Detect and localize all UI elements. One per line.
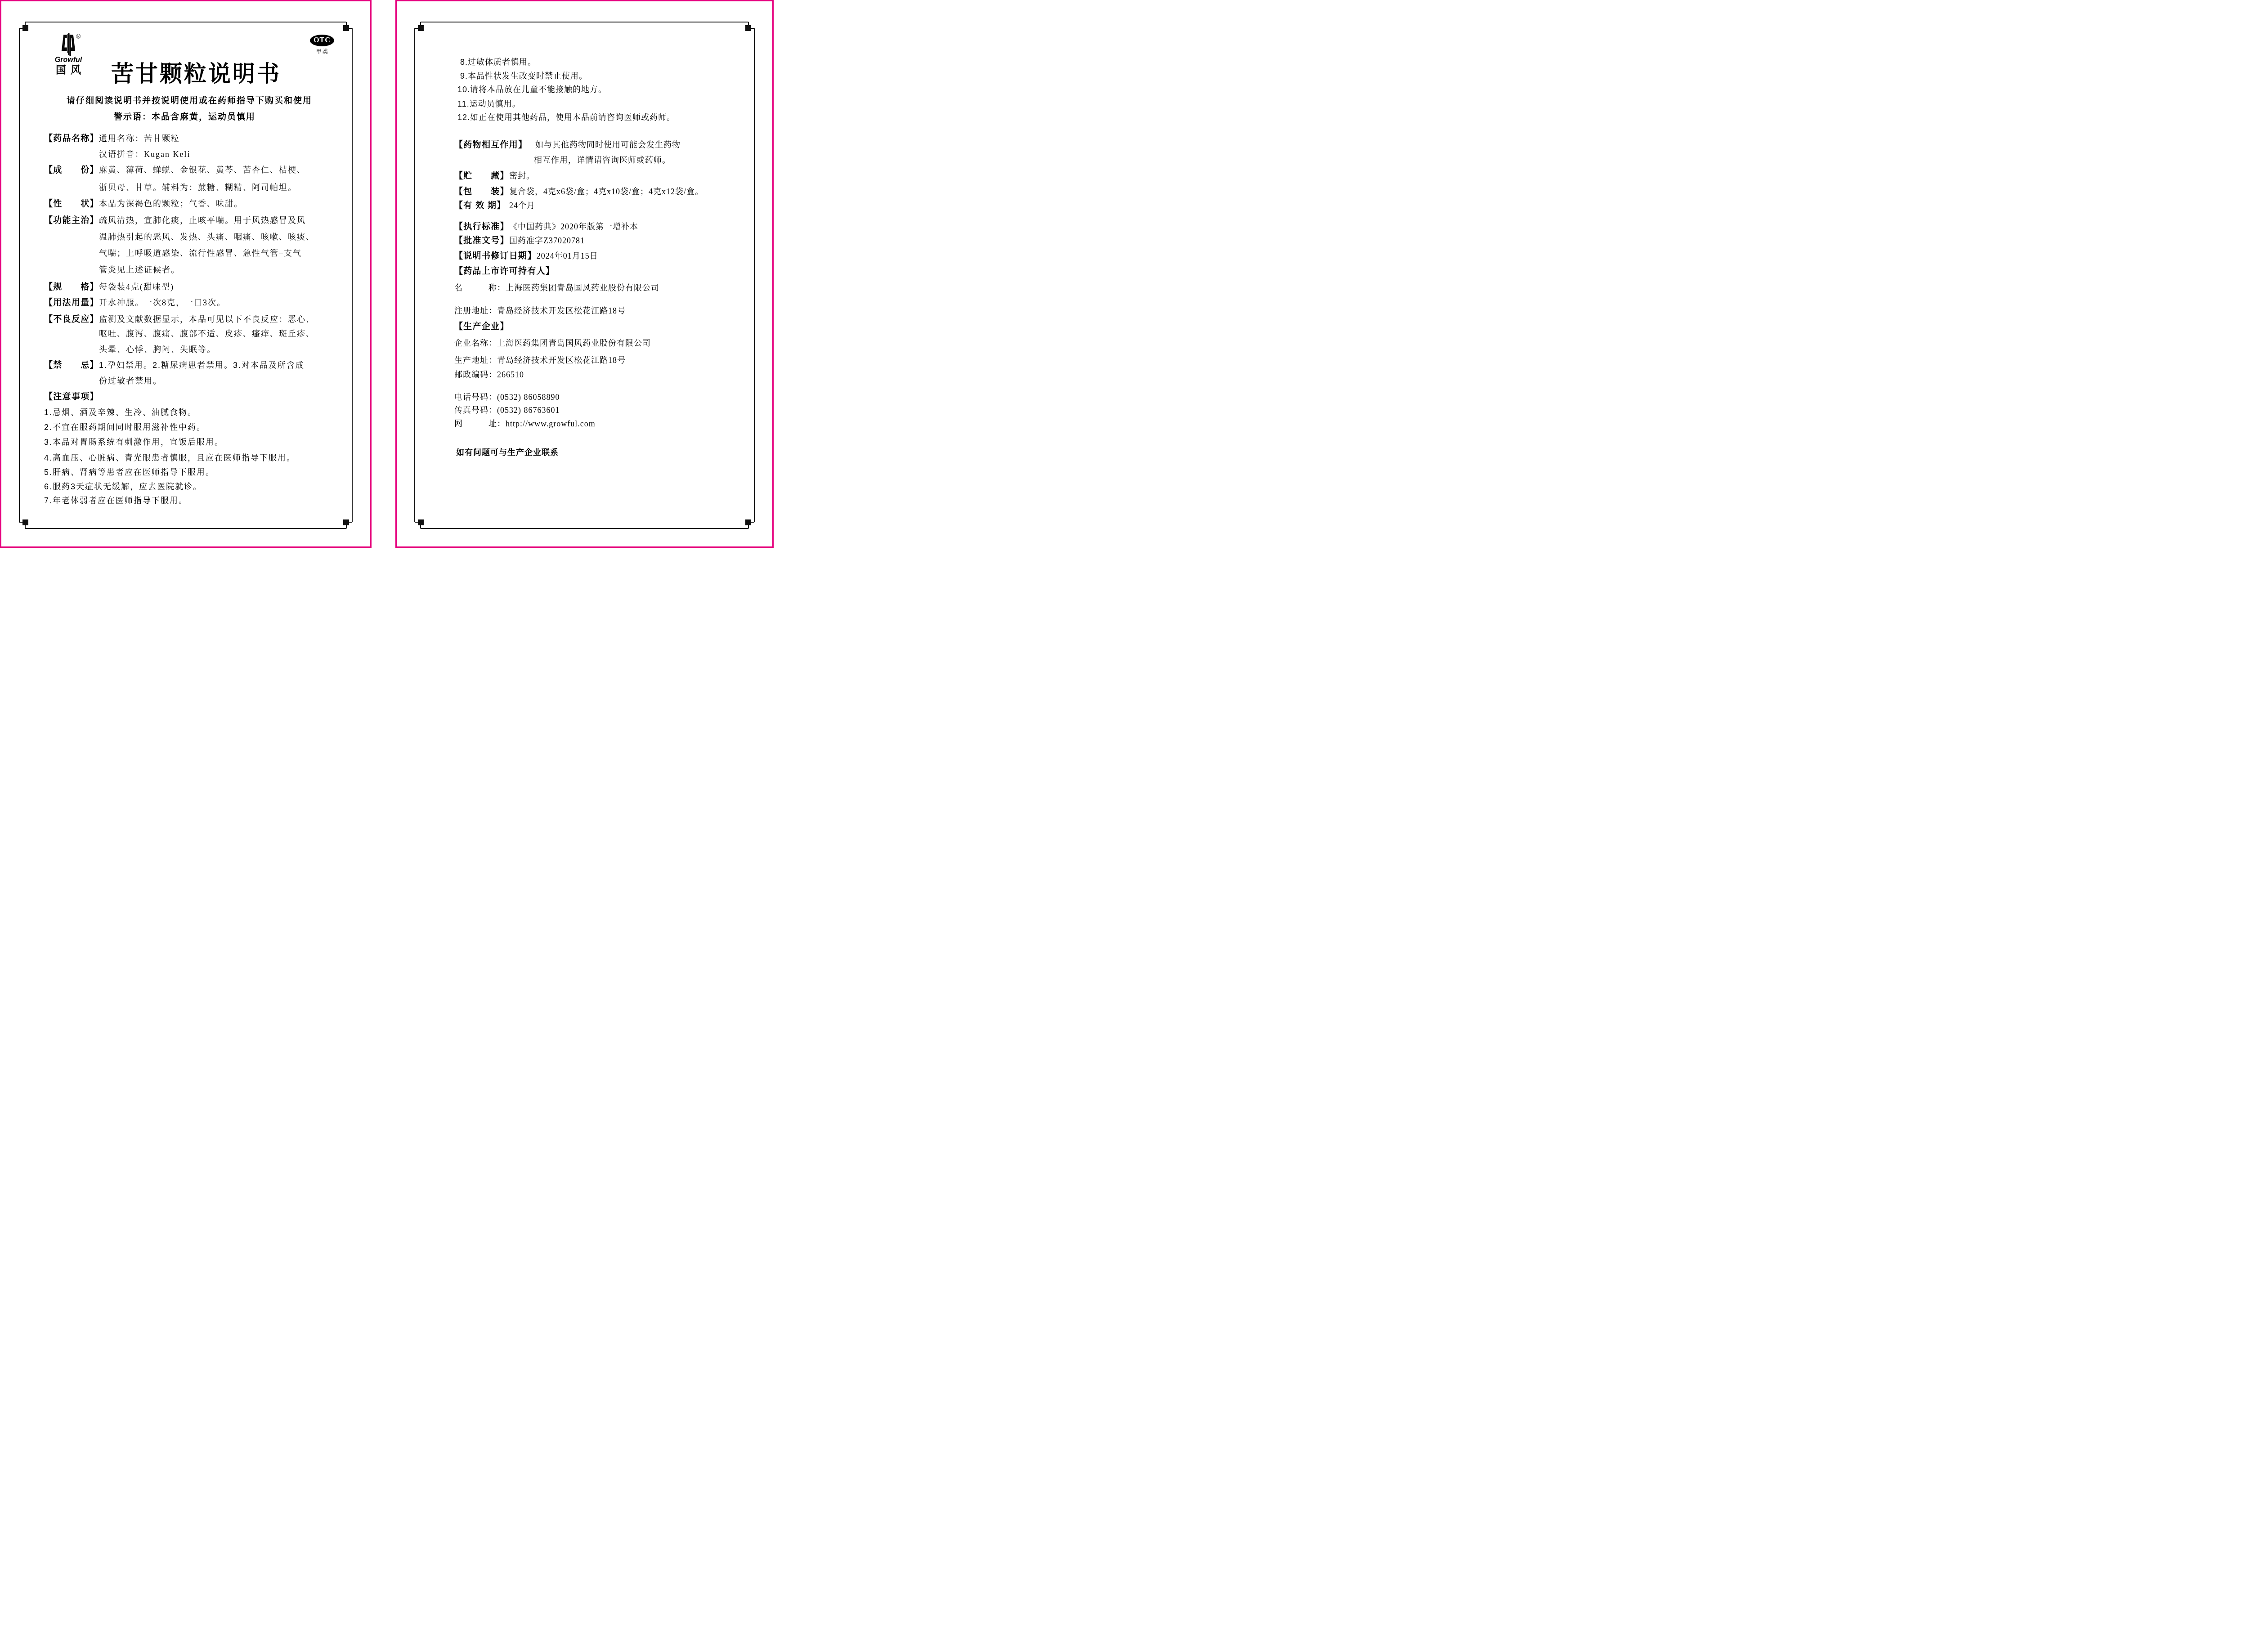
section-line: 【功能主治】疏风清热，宣肺化痰，止咳平喘。用于风热感冒及风 — [44, 215, 306, 227]
text-line: 电话号码：(0532) 86058890 — [454, 391, 560, 403]
section-line: 【说明书修订日期】2024年01月15日 — [454, 250, 598, 262]
growful-logo: ® Growful 国风 — [48, 33, 89, 80]
section-label: 【用法用量】 — [44, 297, 99, 309]
line-text: 注册地址：青岛经济技术开发区松花江路18号 — [454, 306, 626, 315]
text-line: 12.如正在使用其他药品，使用本品前请咨询医师或药师。 — [457, 112, 675, 123]
otc-class-label: 甲类 — [310, 48, 335, 55]
line-text: 10.请将本品放在儿童不能接触的地方。 — [457, 85, 607, 94]
otc-badge: OTC 甲类 — [310, 35, 335, 55]
text-line: 份过敏者禁用。 — [99, 375, 162, 387]
section-label: 【性 状】 — [44, 198, 99, 210]
otc-ellipse-icon: OTC — [310, 35, 334, 46]
line-text: 4.高血压、心脏病、青光眼患者慎服，且应在医师指导下服用。 — [44, 453, 296, 462]
line-text: 浙贝母、甘草。辅料为：蔗糖、糊精、阿司帕坦。 — [99, 183, 297, 192]
text-line: 5.肝病、肾病等患者应在医师指导下服用。 — [44, 466, 215, 478]
line-text: 2.不宜在服药期间同时服用滋补性中药。 — [44, 423, 206, 432]
line-text: 通用名称：苦甘颗粒 — [99, 134, 180, 143]
text-line: 头晕、心悸、胸闷、失眠等。 — [99, 344, 216, 355]
text-line: 网 址：http://www.growful.com — [454, 418, 596, 430]
section-label: 【注意事项】 — [44, 391, 99, 403]
section-line: 【执行标准】《中国药典》2020年版第一增补本 — [454, 221, 638, 233]
text-line: 名 称：上海医药集团青岛国风药业股份有限公司 — [454, 282, 659, 294]
leaflet-page: ® Growful 国风 苦甘颗粒说明书 请仔细阅读说明书并按说明使用或在药师指… — [0, 0, 774, 551]
line-text: 邮政编码：266510 — [454, 370, 524, 379]
text-line: 温肺热引起的恶风、发热、头痛、咽痛、咳嗽、咳痰、 — [99, 231, 315, 243]
section-line: 【药物相互作用】如与其他药物同时使用可能会发生药物 — [454, 139, 681, 151]
section-line: 【药品上市许可持有人】 — [454, 265, 555, 278]
line-text: 6.服药3天症状无缓解，应去医院就诊。 — [44, 482, 202, 491]
line-text: 9.本品性状发生改变时禁止使用。 — [460, 72, 587, 81]
section-label: 【有 效 期】 — [454, 200, 509, 212]
section-label: 【说明书修订日期】 — [454, 251, 537, 262]
text-line: 8.过敏体质者慎用。 — [460, 56, 536, 68]
line-text: 相互作用，详情请咨询医师或药师。 — [534, 156, 671, 165]
section-label: 【成 份】 — [44, 165, 99, 176]
section-line: 【规 格】每袋装4克(甜味型) — [44, 281, 174, 293]
section-label: 【贮 藏】 — [454, 170, 509, 182]
line-text: 如有问题可与生产企业联系 — [456, 448, 559, 457]
line-text: 12.如正在使用其他药品，使用本品前请咨询医师或药师。 — [457, 113, 675, 122]
line-text: 管炎见上述证候者。 — [99, 265, 180, 274]
line-text: 汉语拼音：Kugan Keli — [99, 150, 190, 159]
text-line: 生产地址：青岛经济技术开发区松花江路18号 — [454, 354, 626, 366]
text-line: 4.高血压、心脏病、青光眼患者慎服，且应在医师指导下服用。 — [44, 452, 296, 464]
line-text: 3.本品对胃肠系统有刺激作用，宜饭后服用。 — [44, 438, 224, 447]
logo-brand-en: Growful — [48, 57, 89, 64]
line-text: 8.过敏体质者慎用。 — [460, 58, 536, 67]
line-text: 本品为深褐色的颗粒；气香、味甜。 — [99, 199, 243, 208]
section-label: 【不良反应】 — [44, 314, 99, 326]
line-text: 11.运动员慎用。 — [457, 99, 521, 108]
text-line: 汉语拼音：Kugan Keli — [99, 148, 190, 160]
line-text: 复合袋，4克x6袋/盒；4克x10袋/盒；4克x12袋/盒。 — [509, 187, 703, 196]
logo-brand-cn: 国风 — [48, 64, 89, 76]
line-text: 传真号码：(0532) 86763601 — [454, 406, 560, 415]
line-text: 如与其他药物同时使用可能会发生药物 — [535, 140, 681, 149]
text-line: 呕吐、腹泻、腹痛、腹部不适、皮疹、瘙痒、斑丘疹、 — [99, 328, 315, 340]
text-line: 6.服药3天症状无缓解，应去医院就诊。 — [44, 481, 202, 492]
text-line: 管炎见上述证候者。 — [99, 264, 180, 276]
section-label: 【药品上市许可持有人】 — [454, 266, 555, 278]
registered-trademark-icon: ® — [76, 34, 81, 41]
leaflet-front-panel: ® Growful 国风 苦甘颗粒说明书 请仔细阅读说明书并按说明使用或在药师指… — [0, 0, 372, 548]
section-label: 【功能主治】 — [44, 215, 99, 227]
line-text: 网 址：http://www.growful.com — [454, 419, 596, 428]
line-text: 麻黄、薄荷、蝉蜕、金银花、黄芩、苦杏仁、桔梗、 — [99, 166, 306, 175]
section-label: 【生产企业】 — [454, 321, 509, 333]
section-line: 【批准文号】国药准字Z37020781 — [454, 235, 585, 247]
section-label: 【禁 忌】 — [44, 360, 99, 372]
line-text: 7.年老体弱者应在医师指导下服用。 — [44, 496, 188, 505]
leaflet-title: 苦甘颗粒说明书 — [106, 61, 286, 87]
line-text: 5.肝病、肾病等患者应在医师指导下服用。 — [44, 468, 215, 477]
section-line: 【用法用量】开水冲服。一次8克，一日3次。 — [44, 297, 226, 309]
line-text: 生产地址：青岛经济技术开发区松花江路18号 — [454, 356, 626, 365]
text-line: 11.运动员慎用。 — [457, 98, 521, 110]
leaflet-subtitle: 请仔细阅读说明书并按说明使用或在药师指导下购买和使用 — [67, 96, 312, 107]
section-label: 【药物相互作用】 — [454, 139, 535, 151]
line-text: 监测及文献数据显示，本品可见以下不良反应：恶心、 — [99, 315, 315, 324]
text-line: 10.请将本品放在儿童不能接触的地方。 — [457, 84, 607, 95]
line-text: 1.孕妇禁用。2.糖尿病患者禁用。3.对本品及所含成 — [99, 361, 305, 370]
text-line: 2.不宜在服药期间同时服用滋补性中药。 — [44, 421, 206, 433]
text-line: 如有问题可与生产企业联系 — [456, 447, 559, 458]
text-line: 相互作用，详情请咨询医师或药师。 — [534, 154, 671, 166]
line-text: 《中国药典》2020年版第一增补本 — [509, 222, 638, 231]
section-label: 【规 格】 — [44, 282, 99, 293]
line-text: 份过敏者禁用。 — [99, 376, 162, 385]
line-text: 密封。 — [509, 171, 535, 180]
text-line: 3.本品对胃肠系统有刺激作用，宜饭后服用。 — [44, 436, 224, 448]
section-label: 【药品名称】 — [44, 133, 99, 145]
line-text: 名 称：上海医药集团青岛国风药业股份有限公司 — [454, 283, 659, 292]
section-line: 【药品名称】通用名称：苦甘颗粒 — [44, 133, 180, 145]
section-label: 【批准文号】 — [454, 235, 509, 247]
line-text: 1.忌烟、酒及辛辣、生冷、油腻食物。 — [44, 408, 197, 417]
line-text: 电话号码：(0532) 86058890 — [454, 393, 560, 402]
line-text: 国药准字Z37020781 — [509, 236, 585, 245]
line-text: 每袋装4克(甜味型) — [99, 282, 174, 291]
line-text: 企业名称：上海医药集团青岛国风药业股份有限公司 — [454, 339, 651, 348]
section-label: 【包 装】 — [454, 186, 509, 198]
line-text: 呕吐、腹泻、腹痛、腹部不适、皮疹、瘙痒、斑丘疹、 — [99, 329, 315, 338]
section-line: 【包 装】复合袋，4克x6袋/盒；4克x10袋/盒；4克x12袋/盒。 — [454, 186, 703, 198]
section-line: 【贮 藏】密封。 — [454, 170, 535, 182]
line-text: 气喘；上呼吸道感染、流行性感冒、急性气管–支气 — [99, 249, 302, 258]
text-line: 传真号码：(0532) 86763601 — [454, 404, 560, 416]
line-text: 24个月 — [509, 201, 535, 210]
section-line: 【成 份】麻黄、薄荷、蝉蜕、金银花、黄芩、苦杏仁、桔梗、 — [44, 164, 306, 176]
section-line: 【禁 忌】1.孕妇禁用。2.糖尿病患者禁用。3.对本品及所含成 — [44, 359, 305, 372]
line-text: 温肺热引起的恶风、发热、头痛、咽痛、咳嗽、咳痰、 — [99, 233, 315, 242]
section-line: 【性 状】本品为深褐色的颗粒；气香、味甜。 — [44, 198, 243, 210]
leaflet-back-panel — [395, 0, 774, 548]
section-line: 【生产企业】 — [454, 321, 509, 333]
text-line: 邮政编码：266510 — [454, 369, 524, 381]
section-label: 【执行标准】 — [454, 221, 509, 233]
warning-statement: 警示语：本品含麻黄，运动员慎用 — [114, 112, 255, 123]
section-line: 【不良反应】监测及文献数据显示，本品可见以下不良反应：恶心、 — [44, 313, 315, 326]
text-line: 9.本品性状发生改变时禁止使用。 — [460, 70, 587, 82]
line-text: 头晕、心悸、胸闷、失眠等。 — [99, 345, 216, 354]
text-line: 1.忌烟、酒及辛辣、生冷、油腻食物。 — [44, 407, 197, 418]
text-line: 企业名称：上海医药集团青岛国风药业股份有限公司 — [454, 337, 651, 349]
section-line: 【有 效 期】24个月 — [454, 200, 535, 212]
text-line: 注册地址：青岛经济技术开发区松花江路18号 — [454, 305, 626, 317]
line-text: 开水冲服。一次8克，一日3次。 — [99, 298, 226, 307]
line-text: 疏风清热，宣肺化痰，止咳平喘。用于风热感冒及风 — [99, 216, 306, 225]
line-text: 2024年01月15日 — [537, 251, 598, 260]
text-line: 气喘；上呼吸道感染、流行性感冒、急性气管–支气 — [99, 247, 302, 259]
text-line: 7.年老体弱者应在医师指导下服用。 — [44, 495, 188, 506]
text-line: 浙贝母、甘草。辅料为：蔗糖、糊精、阿司帕坦。 — [99, 182, 297, 193]
section-line: 【注意事项】 — [44, 391, 99, 403]
